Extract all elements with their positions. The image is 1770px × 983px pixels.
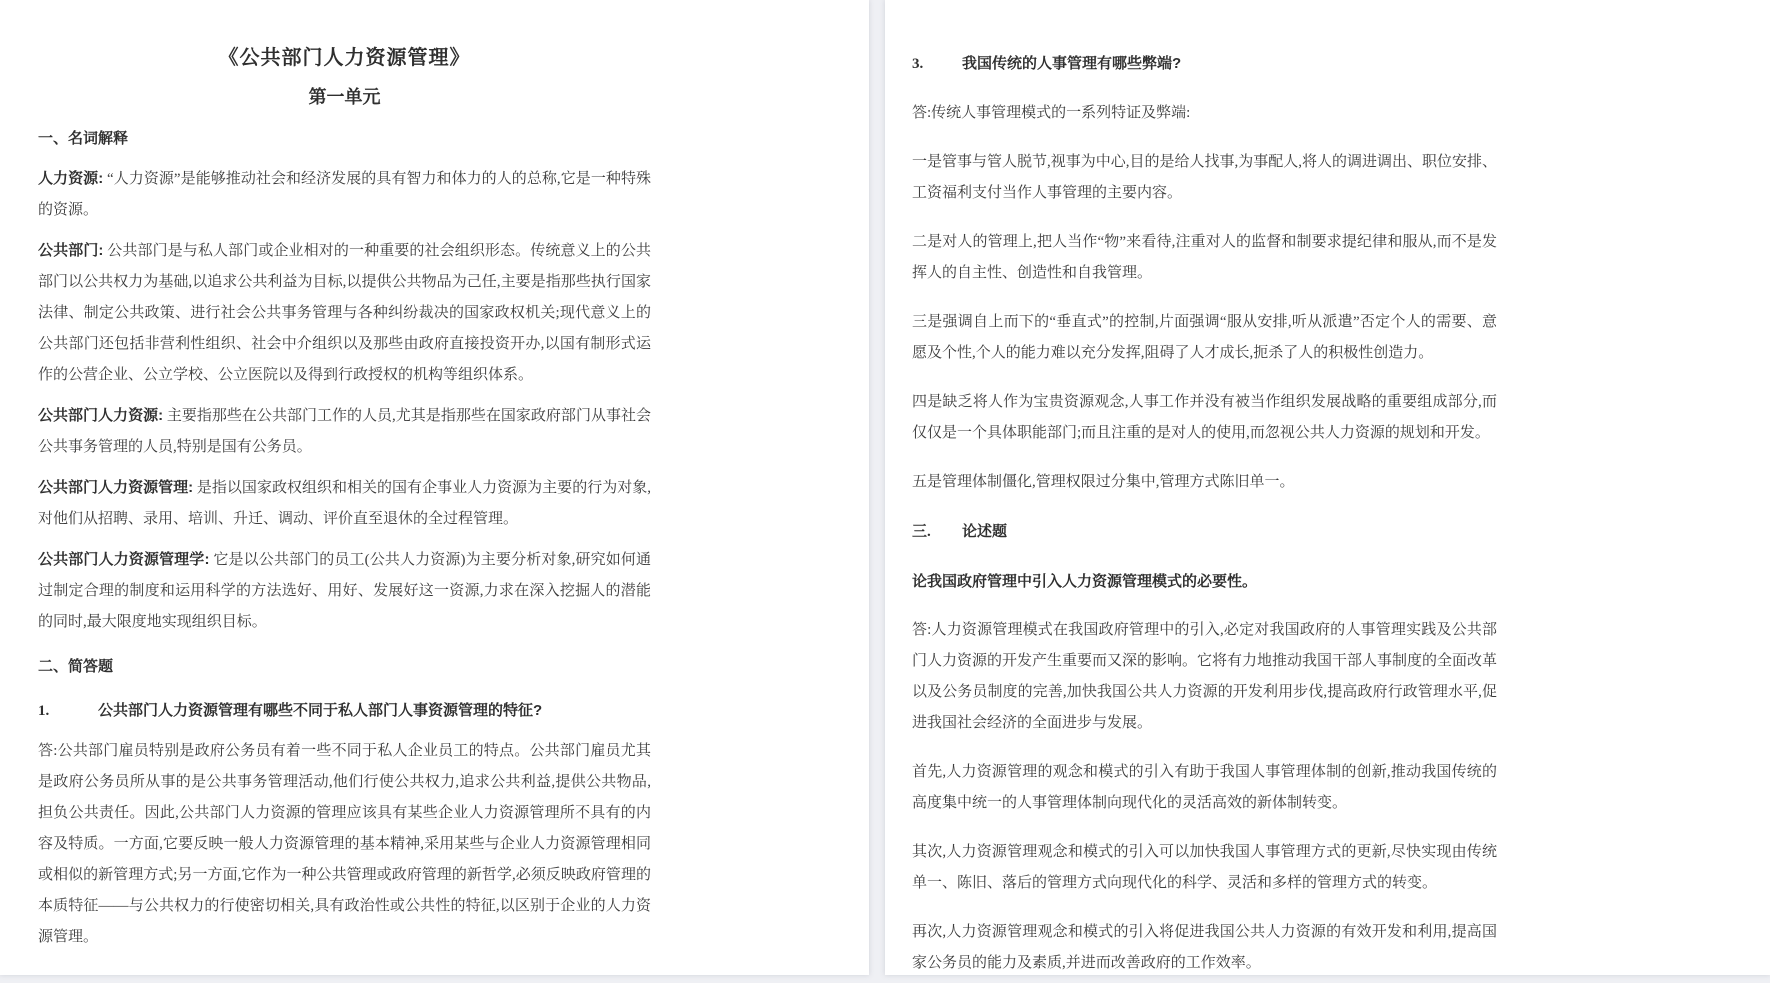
question-text: 我国传统的人事管理有哪些弊端? xyxy=(962,55,1181,72)
essay-paragraph: 答:人力资源管理模式在我国政府管理中的引入,必定对我国政府的人事管理实践及公共部… xyxy=(912,615,1497,739)
document-page-1: 《公共部门人力资源管理》 第一单元 一、名词解释 人力资源: “人力资源”是能够… xyxy=(0,0,869,975)
definition-term: 公共部门人力资源管理: xyxy=(38,479,193,496)
point-paragraph: 五是管理体制僵化,管理权限过分集中,管理方式陈旧单一。 xyxy=(912,467,1497,498)
section-text: 论述题 xyxy=(962,523,1007,540)
document-viewer: 《公共部门人力资源管理》 第一单元 一、名词解释 人力资源: “人力资源”是能够… xyxy=(0,0,1770,983)
essay-paragraph: 首先,人力资源管理的观念和模式的引入有助于我国人事管理体制的创新,推动我国传统的… xyxy=(912,757,1497,819)
definition-item: 公共部门: 公共部门是与私人部门或企业相对的一种重要的社会组织形态。传统意义上的… xyxy=(38,235,651,391)
definition-body: “人力资源”是能够推动社会和经济发展的具有智力和体力的人的总称,它是一种特殊的资… xyxy=(38,171,651,218)
unit-heading: 第一单元 xyxy=(38,84,651,110)
section-number: 三. xyxy=(912,517,962,548)
point-paragraph: 二是对人的管理上,把人当作“物”来看待,注重对人的监督和制要求提纪律和服从,而不… xyxy=(912,227,1497,289)
section-heading-short-answer: 二、简答题 xyxy=(38,651,651,682)
definition-term: 公共部门人力资源: xyxy=(38,407,163,424)
page-2-content: 3.我国传统的人事管理有哪些弊端? 答:传统人事管理模式的一系列特证及弊端: 一… xyxy=(912,48,1497,975)
answer-paragraph: 答:公共部门雇员特别是政府公务员有着一些不同于私人企业员工的特点。公共部门雇员尤… xyxy=(38,736,651,953)
definition-term: 公共部门: xyxy=(38,242,103,259)
answer-intro-paragraph: 答:传统人事管理模式的一系列特证及弊端: xyxy=(912,98,1497,129)
essay-paragraph: 其次,人力资源管理观念和模式的引入可以加快我国人事管理方式的更新,尽快实现由传统… xyxy=(912,837,1497,899)
question-text: 公共部门人力资源管理有哪些不同于私人部门人事资源管理的特征? xyxy=(98,702,542,719)
point-paragraph: 一是管事与管人脱节,视事为中心,目的是给人找事,为事配人,将人的调进调出、职位安… xyxy=(912,147,1497,209)
definition-body: 公共部门是与私人部门或企业相对的一种重要的社会组织形态。传统意义上的公共部门以公… xyxy=(38,243,651,383)
section-heading-essay: 三.论述题 xyxy=(912,516,1497,548)
definition-term: 人力资源: xyxy=(38,170,103,187)
definition-item: 公共部门人力资源管理学: 它是以公共部门的员工(公共人力资源)为主要分析对象,研… xyxy=(38,544,651,638)
essay-paragraph: 再次,人力资源管理观念和模式的引入将促进我国公共人力资源的有效开发和利用,提高国… xyxy=(912,917,1497,975)
page-1-content: 《公共部门人力资源管理》 第一单元 一、名词解释 人力资源: “人力资源”是能够… xyxy=(38,44,651,953)
definition-item: 人力资源: “人力资源”是能够推动社会和经济发展的具有智力和体力的人的总称,它是… xyxy=(38,163,651,226)
question-number: 3. xyxy=(912,49,962,80)
essay-title: 论我国政府管理中引入人力资源管理模式的必要性。 xyxy=(912,566,1497,597)
section-heading-definitions: 一、名词解释 xyxy=(38,123,651,154)
question-item: 3.我国传统的人事管理有哪些弊端? xyxy=(912,48,1497,80)
document-page-2: 3.我国传统的人事管理有哪些弊端? 答:传统人事管理模式的一系列特证及弊端: 一… xyxy=(885,0,1770,975)
point-paragraph: 三是强调自上而下的“垂直式”的控制,片面强调“服从安排,听从派遣”否定个人的需要… xyxy=(912,307,1497,369)
definition-term: 公共部门人力资源管理学: xyxy=(38,551,209,568)
definition-item: 公共部门人力资源管理: 是指以国家政权组织和相关的国有企事业人力资源为主要的行为… xyxy=(38,472,651,535)
document-title: 《公共部门人力资源管理》 xyxy=(38,44,651,72)
question-item: 1.公共部门人力资源管理有哪些不同于私人部门人事资源管理的特征? xyxy=(38,695,651,727)
point-paragraph: 四是缺乏将人作为宝贵资源观念,人事工作并没有被当作组织发展战略的重要组成部分,而… xyxy=(912,387,1497,449)
question-number: 1. xyxy=(38,696,98,727)
definition-item: 公共部门人力资源: 主要指那些在公共部门工作的人员,尤其是指那些在国家政府部门从… xyxy=(38,400,651,463)
